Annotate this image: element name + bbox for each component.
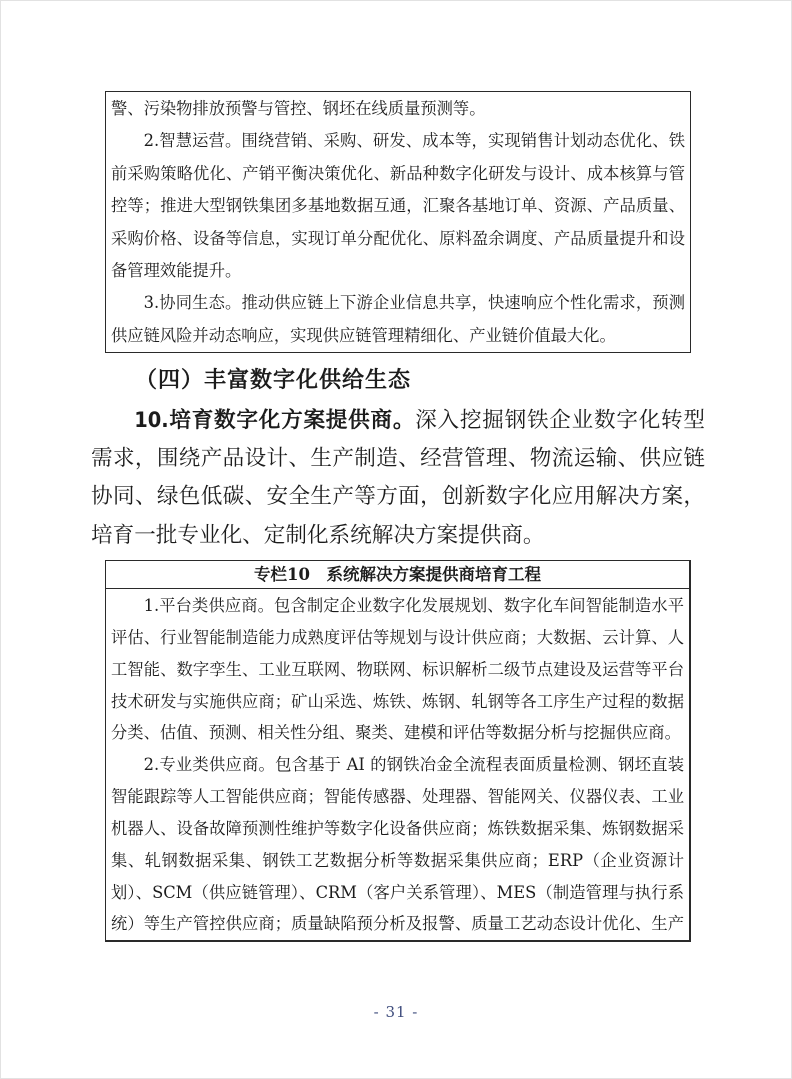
column-paragraph-professional-suppliers: 2.专业类供应商。包含基于 AI 的钢铁冶金全流程表面质量检测、钢坯直装智能跟踪… <box>111 749 684 940</box>
callout-box-smart-operations: 警、污染物排放预警与管控、钢坯在线质量预测等。 2.智慧运营。围绕营销、采购、研… <box>105 91 691 353</box>
column-box-title: 专栏10 系统解决方案提供商培育工程 <box>106 561 689 589</box>
callout-paragraph-smart-operation: 2.智慧运营。围绕营销、采购、研发、成本等，实现销售计划动态优化、铁前采购策略优… <box>111 125 685 287</box>
page-number: - 31 - <box>1 1003 791 1021</box>
document-page: 警、污染物排放预警与管控、钢坯在线质量预测等。 2.智慧运营。围绕营销、采购、研… <box>0 0 792 1079</box>
column-box-body: 1.平台类供应商。包含制定企业数字化发展规划、数字化车间智能制造水平评估、行业智… <box>106 589 689 940</box>
paragraph-10-lead: 10.培育数字化方案提供商。 <box>134 408 415 433</box>
column-paragraph-platform-suppliers: 1.平台类供应商。包含制定企业数字化发展规划、数字化车间智能制造水平评估、行业智… <box>111 590 684 749</box>
column-box-10: 专栏10 系统解决方案提供商培育工程 1.平台类供应商。包含制定企业数字化发展规… <box>105 560 691 942</box>
section-heading: （四）丰富数字化供给生态 <box>91 363 705 394</box>
callout-paragraph-collaborative-ecology: 3.协同生态。推动供应链上下游企业信息共享，快速响应个性化需求，预测供应链风险并… <box>111 287 685 352</box>
callout-paragraph-continuation: 警、污染物排放预警与管控、钢坯在线质量预测等。 <box>111 93 685 125</box>
paragraph-10: 10.培育数字化方案提供商。深入挖掘钢铁企业数字化转型需求，围绕产品设计、生产制… <box>91 402 705 555</box>
